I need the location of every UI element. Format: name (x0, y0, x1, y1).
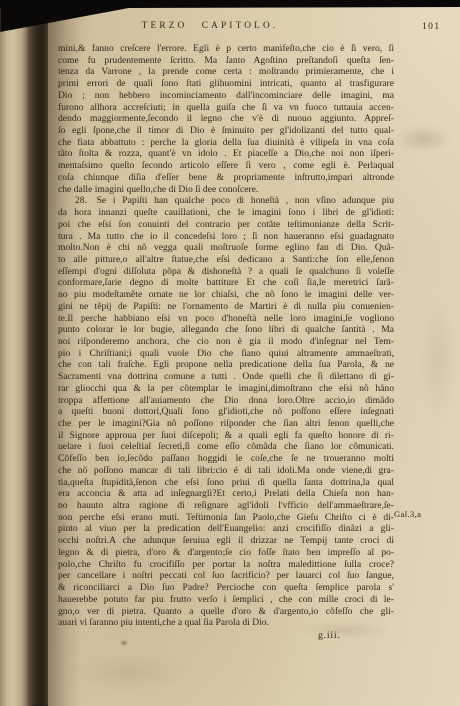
text-line: occhi noſtri.A che adunque ſeruiua egli … (58, 535, 394, 547)
text-line: eſſempi d'ogni diſſoluta põpa & dishoneſ… (58, 266, 394, 278)
text-line: era acconcia & atta ad inſegnargli?Et ce… (58, 488, 394, 500)
text-line: pio i Chriſtiani;i quali vuole Dio che ſ… (58, 348, 394, 360)
text-line: noi riſponderemo anchora, che cio non è … (58, 336, 394, 348)
text-line: te.Il perche habbiano eſsi vn poco d'hon… (58, 313, 394, 325)
text-line: a queſti buoni dottori,Quali ſono gl'idi… (58, 406, 394, 418)
text-line: tura . Ma tutto che io il concedeſsi lor… (58, 231, 394, 243)
text-line: da hora innanzi queſte cauillationi, che… (58, 207, 394, 219)
text-line: conformare,ſarie degno di molte battitur… (58, 277, 394, 289)
text-line: tia,queſta ſtupidità,ſenon che eſsi ſono… (58, 477, 394, 489)
text-line: per cancellare i noſtri peccati col ſuo … (58, 570, 394, 582)
signature-mark: g.iii. (318, 630, 341, 641)
text-line: il Signore approua per ſuoi diſcepoli; &… (58, 430, 394, 442)
text-line: punto colorar le lor bugie, allegando ch… (58, 324, 394, 336)
text-line: come fu prudentemente ſcritto. Ma ſanto … (58, 55, 394, 67)
text-line: gini ne tẽpij de Papiſti: ne l'ornamento… (58, 301, 394, 313)
text-line: rar gliocchi qua & la per cõtemplar le i… (58, 383, 394, 395)
text-line: pinto al viuo per la predication dell'Eu… (58, 523, 394, 535)
text-line: no piu modeſtamẽte ornate ne lor chiaſsi… (58, 289, 394, 301)
text-line: furono allhora accreſciuti; in quella gu… (58, 102, 394, 114)
text-line: polo,che Chriſto fu crocifiſſo per porta… (58, 559, 394, 571)
text-line: poi che eſsi ſon conuinti del contrario … (58, 219, 394, 231)
text-line: mini,& fanno creſcere l'errore. Egli è p… (58, 43, 394, 55)
text-line: to alle pitture,o all'altre ſtatue,che e… (58, 254, 394, 266)
text-line: & riconciliarci a Dio ſuo Padre? Percioc… (58, 582, 394, 594)
text-line: 28. Se i Papiſti han qualche poco di hon… (58, 195, 394, 207)
text-line: gno,o ver di pietra. Quanto a quelle d'o… (58, 606, 394, 618)
text-line: Cõfeſſo ben io,ſecõdo paſſano hoggidi le… (58, 453, 394, 465)
text-line: troppa affettione all'auiamento che Dio … (58, 395, 394, 407)
book-scan-photo: TERZO CAPITOLO. 101 mini,& fanno creſcer… (0, 0, 460, 706)
text-line: Sacramenti vna dottrina comune a tutti .… (58, 371, 394, 383)
text-line: no hauuto altra ragione di reſignare agl… (58, 500, 394, 512)
text-line: legno & di pietra, d'oro & d'argento;ſe … (58, 547, 394, 559)
text-line: uelare i ſuoi celeſtial ſecreti,ſi come … (58, 441, 394, 453)
body-text: mini,& fanno creſcere l'errore. Egli è p… (58, 43, 394, 629)
running-title: TERZO CAPITOLO. (90, 21, 330, 31)
text-line: primi errori de quali ſono ſtati glihuom… (58, 78, 394, 90)
text-line: tenza da Varrone , la prende come certa … (58, 66, 394, 78)
text-line: che con tali fraſche. Egli propone nella… (58, 359, 394, 371)
text-line: coſa chiunque diſia d'eſſer bene & propr… (58, 172, 394, 184)
text-line: molto.Non è chi nõ vegga quali moſtruoſe… (58, 242, 394, 254)
text-line: non perche eſsi erano muti. Teſtimonia ſ… (58, 512, 394, 524)
text-line: tãto ſtolta & rozza, quant'è vn idolo . … (58, 148, 394, 160)
text-line: mentaſsimo queſto ſecondo articolo eſſer… (58, 160, 394, 172)
text-line: dendo maggiormente,ſecondo il legno che … (58, 113, 394, 125)
margin-note: Gal.3,a (394, 509, 421, 519)
text-line: hauerebbe potuto far piu frutto verſo i … (58, 594, 394, 606)
text-line: che nõ poſſono mancar di tali libri:cio … (58, 465, 394, 477)
text-line: ſo egli ſpone,che il timor di Dio è ſmin… (58, 125, 394, 137)
text-line: che fiata abbattuto : perche la gloria d… (58, 137, 394, 149)
text-line: auari vi ſaranno piu intenti,che a qual … (58, 617, 394, 629)
text-line: che per le imagini?Gia nõ poſſono riſpon… (58, 418, 394, 430)
page-number: 101 (422, 22, 441, 32)
text-line: Dio ; non hebbero incominciamento dall'i… (58, 90, 394, 102)
text-line: che dalle imagini quello,che di Dio ſi d… (58, 184, 394, 196)
